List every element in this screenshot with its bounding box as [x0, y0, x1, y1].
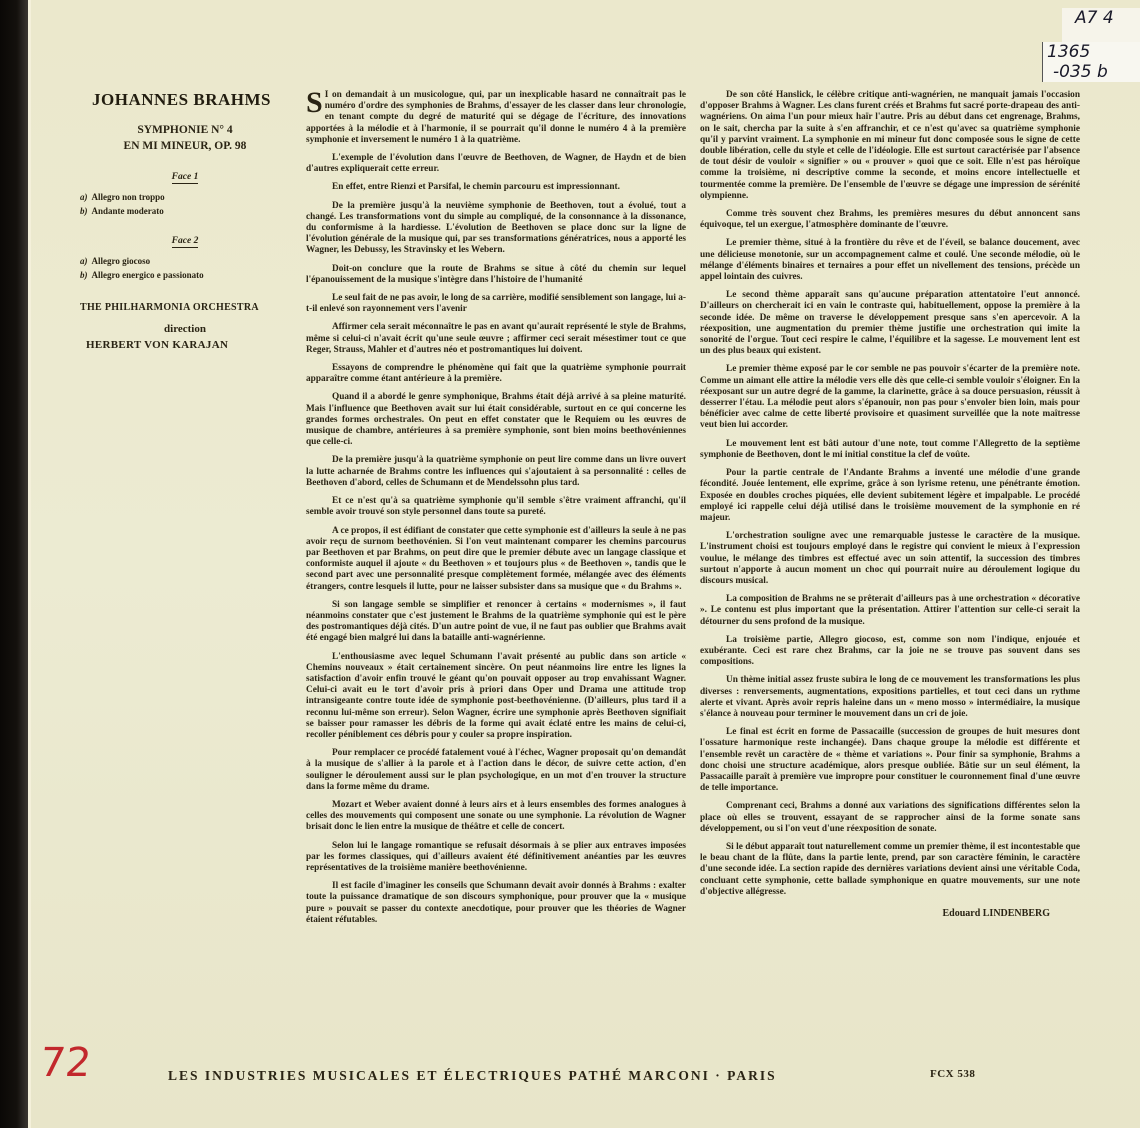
- side-2-tracks: a)Allegro giocoso b)Allegro energico e p…: [80, 254, 290, 282]
- liner-note-paragraph: Affirmer cela serait méconnaître le pas …: [306, 322, 686, 356]
- track-item: a)Allegro non troppo: [80, 190, 290, 204]
- liner-note-paragraph: L'enthousiasme avec lequel Schumann l'av…: [306, 652, 686, 742]
- liner-note-paragraph: Si le début apparaît tout naturellement …: [700, 842, 1080, 898]
- handwritten-inventory-number: 72: [38, 1040, 94, 1086]
- liner-note-paragraph: Doit-on conclure que la route de Brahms …: [306, 264, 686, 286]
- drop-cap: S: [306, 91, 323, 115]
- author-signature: Edouard LINDENBERG: [700, 908, 1080, 919]
- track-item: b)Andante moderato: [80, 204, 290, 218]
- liner-note-paragraph: Pour remplacer ce procédé fatalement vou…: [306, 748, 686, 793]
- composer-title: JOHANNES BRAHMS: [74, 90, 289, 110]
- liner-note-paragraph: En effet, entre Rienzi et Parsifal, le c…: [306, 182, 686, 193]
- liner-note-paragraph: Essayons de comprendre le phénomène qui …: [306, 363, 686, 385]
- liner-note-paragraph: Il est facile d'imaginer les conseils qu…: [306, 881, 686, 926]
- work-title-line2: EN MI MINEUR, OP. 98: [80, 138, 290, 154]
- catalog-number: FCX 538: [930, 1068, 975, 1080]
- direction-label: direction: [80, 323, 290, 335]
- track-item: b)Allegro energico e passionato: [80, 268, 290, 282]
- tracklist-panel: JOHANNES BRAHMS SYMPHONIE N° 4 EN MI MIN…: [80, 90, 290, 351]
- work-title: SYMPHONIE N° 4 EN MI MINEUR, OP. 98: [80, 122, 290, 154]
- liner-note-paragraph: Selon lui le langage romantique se refus…: [306, 841, 686, 875]
- publisher-line: LES INDUSTRIES MUSICALES ET ÉLECTRIQUES …: [168, 1068, 777, 1084]
- liner-note-paragraph: Mozart et Weber avaient donné à leurs ai…: [306, 800, 686, 834]
- side-1-tracks: a)Allegro non troppo b)Andante moderato: [80, 190, 290, 218]
- liner-note-paragraph: Le seul fait de ne pas avoir, le long de…: [306, 293, 686, 315]
- liner-notes-column-1: SI on demandait à un musicologue, qui, p…: [306, 90, 686, 933]
- liner-note-paragraph: Pour la partie centrale de l'Andante Bra…: [700, 468, 1080, 524]
- liner-note-paragraph: L'orchestration souligne avec une remarq…: [700, 531, 1080, 587]
- liner-note-paragraph: Le final est écrit en forme de Passacail…: [700, 727, 1080, 794]
- conductor-credit: HERBERT VON KARAJAN: [80, 339, 290, 351]
- track-item: a)Allegro giocoso: [80, 254, 290, 268]
- liner-note-paragraph: La composition de Brahms ne se prêterait…: [700, 594, 1080, 628]
- liner-note-paragraph: Le second thème apparaît sans qu'aucune …: [700, 290, 1080, 357]
- sleeve-spine: [0, 0, 28, 1128]
- library-tag-line3: -035 b: [1053, 62, 1108, 82]
- liner-note-paragraph: Quand il a abordé le genre symphonique, …: [306, 392, 686, 448]
- liner-notes-column-2: De son côté Hanslick, le célèbre critiqu…: [700, 90, 1080, 919]
- liner-note-paragraph: De la première jusqu'à la neuvième symph…: [306, 201, 686, 257]
- library-tag-line2: 1365: [1047, 42, 1090, 62]
- library-tag-sticker: 1365 -035 b: [1042, 42, 1140, 82]
- liner-note-paragraph: La troisième partie, Allegro giocoso, es…: [700, 635, 1080, 669]
- liner-note-paragraph: L'exemple de l'évolution dans l'œuvre de…: [306, 153, 686, 175]
- liner-note-paragraph: Le mouvement lent est bâti autour d'une …: [700, 439, 1080, 461]
- liner-note-paragraph: Le premier thème, situé à la frontière d…: [700, 238, 1080, 283]
- side-1-heading: Face 1: [80, 172, 290, 182]
- liner-note-paragraph: Le premier thème exposé par le cor sembl…: [700, 364, 1080, 431]
- liner-note-paragraph: SI on demandait à un musicologue, qui, p…: [306, 90, 686, 146]
- liner-note-paragraph: De son côté Hanslick, le célèbre critiqu…: [700, 90, 1080, 202]
- liner-note-paragraph: Et ce n'est qu'à sa quatrième symphonie …: [306, 496, 686, 518]
- side-2-heading: Face 2: [80, 236, 290, 246]
- work-title-line1: SYMPHONIE N° 4: [80, 122, 290, 138]
- liner-note-paragraph: Un thème initial assez fruste subira le …: [700, 675, 1080, 720]
- orchestra-credit: THE PHILHARMONIA ORCHESTRA: [80, 302, 290, 313]
- liner-note-paragraph: Comme très souvent chez Brahms, les prem…: [700, 209, 1080, 231]
- liner-note-paragraph: Comprenant ceci, Brahms a donné aux vari…: [700, 801, 1080, 835]
- liner-note-paragraph: De la première jusqu'à la quatrième symp…: [306, 455, 686, 489]
- liner-note-paragraph: Si son langage semble se simplifier et r…: [306, 600, 686, 645]
- library-tag-line1: A7 4: [1075, 8, 1114, 28]
- liner-note-paragraph: A ce propos, il est édifiant de constate…: [306, 526, 686, 593]
